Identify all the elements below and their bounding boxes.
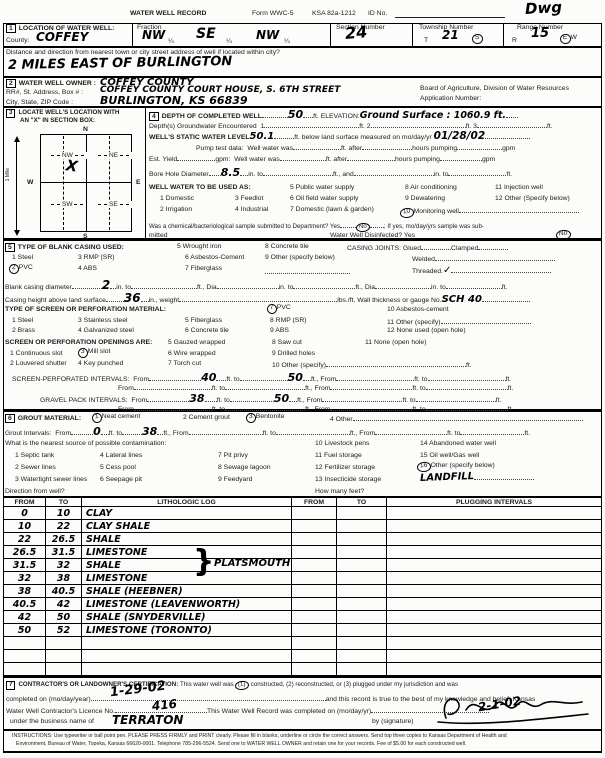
section2-title: WATER WELL OWNER : [19, 80, 96, 87]
well-location-x-mark: X [65, 157, 79, 175]
casing-option-2-circled: 2PVC [9, 264, 33, 274]
screen-option-9: 9 ABS [270, 327, 289, 334]
openings-title: SCREEN OR PERFORATION OPENINGS ARE: [5, 339, 152, 346]
instructions-line1: INSTRUCTIONS: Use typewriter or ball poi… [12, 734, 507, 740]
formation-group-label: PLATSMOUTH [214, 558, 290, 569]
opening-option-5: 5 Gauzed wrapped [168, 339, 225, 346]
use-option-6: 6 Oil field water supply [290, 195, 358, 202]
section6-number: 6 [5, 414, 15, 423]
use-option-5: 5 Public water supply [290, 184, 354, 191]
range-r-label: R [512, 37, 517, 44]
gravel-pack-intervals-line2: Fromft. toft., Fromft. toft. [118, 404, 513, 413]
contam-option-7: 7 Pit privy [218, 452, 248, 459]
screen-option-3: 3 Stainless steel [78, 317, 128, 324]
screen-option-2: 2 Brass [12, 327, 35, 334]
contam-other-value: LANDFILL [420, 472, 534, 483]
licence-number-value: 416 [151, 698, 177, 714]
log-row [4, 663, 602, 676]
screen-option-1: 1 Steel [12, 317, 33, 324]
casing-option-7: 7 Fiberglass [185, 265, 222, 272]
contam-option-13: 13 Insecticide storage [315, 476, 381, 483]
log-header-from: FROM [4, 498, 46, 507]
application-number-label: Application Number: [420, 95, 481, 102]
range-value: 15 [531, 27, 549, 41]
constructed-option-circled: (1) [235, 680, 249, 691]
sketch-horizontal-midline [40, 182, 132, 183]
use-option-3: 3 Feedlot [235, 195, 263, 202]
depth-value: 50 [288, 108, 303, 121]
sketch-dashed-line [63, 136, 64, 230]
ne-quadrant-label: NE [95, 152, 132, 159]
log-header-from2: FROM [292, 498, 337, 507]
id-number-label: ID No. [368, 10, 387, 17]
casing-threaded: Threaded.✓ [412, 265, 551, 276]
contam-option-8: 8 Sewage lagoon [218, 464, 271, 471]
bore-hole-line: Bore Hole Diameter8.5in. toft., andin. t… [149, 167, 512, 179]
owner-city-label: City, State, ZIP Code : [6, 99, 73, 106]
fraction-3-value: NW [256, 29, 279, 42]
grout-from-value: 0 [93, 425, 101, 438]
handwritten-annotation: Dwg [525, 0, 563, 17]
bore-diameter-value: 8.5 [221, 166, 241, 179]
casing-option-1: 1 Steel [12, 254, 33, 261]
owner-city-value: BURLINGTON, KS 66839 [100, 95, 248, 107]
contam-option-15: 15 Oil well/Gas well [420, 452, 479, 459]
screen-perforated-intervals-line2: Fromft. toft., Fromft. toft. [118, 383, 513, 392]
log-header-to: TO [46, 498, 82, 507]
screen-option-6: 6 Concrete tile [185, 327, 229, 334]
static-level-value: 50.1 [250, 131, 275, 142]
south-label: S [83, 233, 88, 240]
grout-option-4: 4 Other [330, 414, 583, 423]
owner-address-label: RR#, St. Address, Box # : [6, 89, 83, 96]
screen-option-7-circled: 7PVC [267, 304, 291, 314]
instructions-line2: Environment, Bureau of Water, Topeka, Ka… [16, 742, 466, 748]
log-row: 4250SHALE (SNYDERVILLE) [4, 611, 602, 624]
grout-option-3-circled: 3Bentonite [246, 413, 285, 423]
north-label: N [83, 126, 88, 133]
quarter-symbol: ¼ [284, 38, 290, 45]
opening-option-11: 11 None (open hole) [365, 339, 426, 346]
township-value: 21 [442, 29, 459, 42]
contamination-label: What is the nearest source of possible c… [5, 440, 166, 447]
gauge-value: SCH 40 [442, 294, 482, 305]
elevation-value: Ground Surface : 1060.9 ft. [360, 110, 506, 121]
casing-joints-line: CASING JOINTS: GluedClamped [347, 243, 508, 252]
use-option-2: 2 Irrigation [160, 206, 192, 213]
quarter-symbol: ¼ [168, 38, 174, 45]
log-row: 3840.5SHALE (HEEBNER) [4, 585, 602, 598]
use-option-11: 11 Injection well [495, 184, 543, 191]
east-label: E [136, 179, 141, 186]
direction-label: Direction from well? [5, 488, 65, 495]
log-row: 2226.5SHALE [4, 533, 602, 546]
signature-scribble [432, 692, 592, 728]
sw-quadrant-label: SW [48, 201, 86, 208]
quarter-symbol: ¼ [226, 38, 232, 45]
section3-title-line1: LOCATE WELL'S LOCATION WITH [18, 109, 119, 116]
one-mile-label: 1 Mile [6, 168, 12, 181]
casing-welded: Welded [412, 254, 555, 263]
opening-option-10: 10 Other (specify)ft. [272, 360, 472, 369]
opening-option-4: 4 Key punched [78, 360, 123, 367]
screen-option-12: 12 None used (open hole) [387, 327, 466, 334]
opening-option-3-circled: 3Mill slot [78, 348, 110, 358]
grout-intervals-line: Grout Intervals: From0ft. to38ft., Fromf… [5, 426, 530, 438]
county-label: County: [6, 37, 29, 44]
use-option-1: 1 Domestic [160, 195, 194, 202]
use-option-4: 4 Industrial [235, 206, 268, 213]
fraction-2-value: SE [196, 27, 216, 42]
log-row: 5052LIMESTONE (TORONTO) [4, 624, 602, 637]
depth-line: 4DEPTH OF COMPLETED WELL50ft. ELEVATION:… [149, 109, 518, 121]
log-row: 3238LIMESTONE [4, 572, 602, 585]
certification-line1: 7CONTRACTOR'S OR LANDOWNER'S CERTIFICATI… [6, 681, 458, 690]
disinfected-no-circled: No [556, 230, 571, 240]
use-label: WELL WATER TO BE USED AS: [149, 184, 251, 191]
contam-option-5: 5 Cess pool [100, 464, 136, 471]
use-option-8: 8 Air conditioning [405, 184, 457, 191]
form-statute: KSA 82a-1212 [312, 10, 356, 17]
groundwater-line: Depth(s) Groundwater Encountered 1ft. 2f… [149, 121, 553, 130]
range-west-option: W [571, 34, 577, 41]
section3-title-line2: AN "X" IN SECTION BOX: [20, 118, 95, 125]
section5-number: 5 [5, 243, 15, 252]
opening-option-2: 2 Louvered shutter [10, 360, 67, 367]
contam-option-16-circled: 16Other (specify below) [417, 462, 495, 472]
grout-option-2: 2 Cement grout [183, 414, 230, 421]
water-well-record-form: WATER WELL RECORD Form WWC-5 KSA 82a-121… [0, 0, 605, 758]
business-name-value: TERRATON [112, 714, 183, 727]
one-mile-arrow [16, 141, 17, 231]
formation-group-brace: } [193, 545, 214, 578]
use-option-7: 7 Domestic (lawn & garden) [290, 206, 374, 213]
use-option-12: 12 Other (Specify below) [495, 195, 570, 202]
threaded-check: ✓ [443, 265, 451, 276]
casing-option-8: 8 Concrete tile [265, 243, 309, 250]
opening-option-9: 9 Drilled holes [272, 350, 315, 357]
casing-option-9: 9 Other (specify below) [265, 254, 335, 261]
township-south-circled: S [472, 33, 484, 44]
chem-sample-cont: mitted [149, 232, 168, 239]
contam-option-9: 9 Feedyard [218, 476, 252, 483]
range-east-circled: E [560, 33, 572, 44]
fraction-1-value: NW [142, 29, 165, 42]
log-row: 31.532SHALE [4, 559, 602, 572]
west-label: W [27, 179, 33, 186]
casing-option-6: 6 Asbestos-Cement [185, 254, 244, 261]
opening-option-7: 7 Torch cut [168, 360, 201, 367]
log-row: 40.542LIMESTONE (LEAVENWORTH) [4, 598, 602, 611]
opening-option-1: 1 Continuous slot [10, 350, 63, 357]
contam-option-11: 11 Fuel storage [315, 452, 362, 459]
pump-test-line: Pump test data: Well water wasft. afterh… [196, 143, 515, 152]
section5-title: TYPE OF BLANK CASING USED: [18, 244, 124, 251]
log-row [4, 637, 602, 650]
screen-option-10: 10 Asbestos-cement [387, 306, 449, 313]
casing-option-3: 3 RMP (SR) [78, 254, 115, 261]
arrow-down-icon [14, 230, 20, 236]
screen-option-5: 5 Fiberglass [185, 317, 222, 324]
grout-to-value: 38 [142, 425, 157, 438]
contam-option-14: 14 Abandoned water well [420, 440, 496, 447]
certification-line3: Water Well Contractor's Licence No.This … [6, 706, 489, 715]
opening-option-6: 6 Wire wrapped [168, 350, 216, 357]
log-row: 1022CLAY SHALE [4, 520, 602, 533]
signature-label: by (signature) [372, 718, 414, 725]
section6-title: GROUT MATERIAL: [18, 415, 81, 422]
casing-option-5: 5 Wrought iron [177, 243, 221, 250]
casing-option-4: 4 ABS [78, 265, 97, 272]
county-value: COFFEY [36, 31, 88, 44]
log-header-row: FROM TO LITHOLOGIC LOG FROM TO PLUGGING … [4, 498, 602, 507]
casing-diameter-value: 2 [102, 278, 110, 292]
use-option-9: 9 Dewatering [405, 195, 445, 202]
screen-option-8: 8 RMP (SR) [270, 317, 307, 324]
chem-sample-line: Was a chemical/bacteriological sample su… [149, 221, 484, 232]
log-header-lith: LITHOLOGIC LOG [82, 498, 292, 507]
contam-option-12: 12 Fertilizer storage [315, 464, 375, 471]
log-row: 26.531.5LIMESTONE [4, 546, 602, 559]
casing-height-value: 36 [124, 291, 141, 305]
static-level-line: WELL'S STATIC WATER LEVEL50.1ft. below l… [149, 131, 530, 143]
contam-option-6: 6 Seepage pit [100, 476, 142, 483]
contam-option-2: 2 Sewer lines [15, 464, 56, 471]
use-option-10-circled: 10Monitoring well [400, 206, 579, 218]
contam-option-4: 4 Lateral lines [100, 452, 142, 459]
static-date-value: 01/28/02 [434, 130, 486, 142]
log-header-to2: TO [337, 498, 387, 507]
id-number-blank [395, 11, 505, 18]
section3-number: 3 [6, 109, 15, 118]
section2-number: 2 [6, 79, 16, 88]
se-quadrant-label: SE [95, 201, 132, 208]
section1-number: 1 [6, 24, 16, 33]
screen-option-11: 11 Other (specify) [387, 317, 531, 326]
disinfected-label: Water Well Disinfected? Yes [330, 232, 415, 239]
lithologic-log-table: FROM TO LITHOLOGIC LOG FROM TO PLUGGING … [3, 497, 602, 676]
blank-casing-diameter-line: Blank casing diameter2in. toft., Diain. … [5, 279, 507, 292]
est-yield-line: Est. Yieldgpm: Well water wasft. afterho… [149, 154, 495, 163]
business-name-label: under the business name of [10, 718, 94, 725]
screen-option-4: 4 Galvanized steel [78, 327, 134, 334]
log-header-plug: PLUGGING INTERVALS [387, 498, 602, 507]
form-title: WATER WELL RECORD [130, 10, 206, 17]
agency-label: Board of Agriculture, Division of Water … [420, 85, 569, 92]
contam-option-1: 1 Septic tank [15, 452, 54, 459]
grout-option-1-circled: 1Neat cement [92, 413, 140, 423]
section-number-value: 24 [344, 23, 368, 42]
casing-other-blank [265, 267, 350, 276]
form-number: Form WWC-5 [252, 10, 294, 17]
contam-option-3: 3 Watertight sewer lines [15, 476, 87, 483]
opening-option-8: 8 Saw cut [272, 339, 302, 346]
screen-material-title: TYPE OF SCREEN OR PERFORATION MATERIAL: [5, 306, 166, 313]
sketch-dashed-line [109, 136, 110, 230]
arrow-up-icon [14, 136, 20, 142]
township-t-label: T [424, 37, 428, 44]
how-many-feet-label: How many feet? [315, 488, 364, 495]
log-row: 010CLAY [4, 507, 602, 520]
contam-option-10: 10 Livestock pens [315, 440, 369, 447]
log-row [4, 650, 602, 663]
